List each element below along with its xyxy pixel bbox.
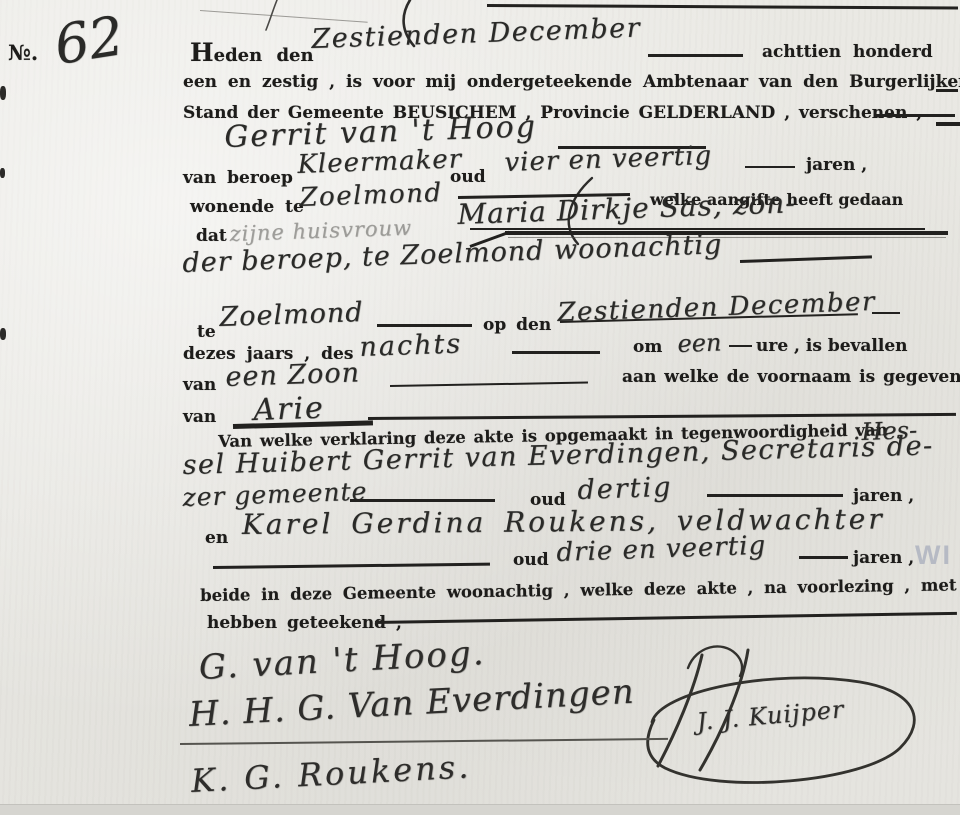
record-number-label: №. [8, 40, 38, 65]
blank-filler-rule-line17b [799, 556, 848, 559]
printed-te: te [197, 322, 216, 342]
blank-filler-rule-line5 [745, 166, 795, 168]
printed-jaren-1: jaren , [806, 155, 867, 175]
blank-filler-rule-line15b [707, 494, 843, 497]
printed-oud-3: oud [513, 550, 549, 570]
signature-witness2: K. G. Roukens. [190, 747, 472, 800]
blank-filler-rule-line17a [213, 563, 490, 569]
hw-declarant-occupation: Kleermaker [297, 144, 463, 180]
blank-filler-rule-line10a [512, 351, 600, 354]
margin-watermark: WI [915, 540, 952, 571]
printed-beide-line: beide in deze Gemeente woonachtig , welk… [200, 575, 960, 605]
hw-child-sex: een Zoon [225, 357, 361, 393]
printed-aan-welke: aan welke de voornaam is gegeven [622, 367, 960, 387]
signature-baseline-rule [180, 738, 668, 745]
printed-achttien-honderd: achttien honderd [762, 42, 933, 62]
hw-registration-date: Zestienden December [311, 13, 642, 55]
official-signature-hook [688, 646, 742, 676]
blank-filler-rule-line11 [390, 382, 588, 387]
hw-mother-name: Maria Dirkje Sas, zon- [457, 186, 796, 231]
scan-artifact-left-blob-2 [0, 168, 5, 178]
printed-van-2: van [183, 407, 216, 427]
hw-witness2-age: drie en veertig [556, 531, 767, 568]
hw-birth-daypart: nachts [359, 328, 463, 363]
printed-van-1: van [183, 375, 216, 395]
scan-artifact-top-line [487, 4, 958, 9]
printed-en: en [205, 528, 228, 548]
printed-dat: dat [196, 226, 227, 246]
official-signature-oval [648, 678, 915, 783]
scan-artifact-right-dash-2 [936, 122, 960, 126]
blank-filler-rule-line9 [377, 324, 472, 327]
blank-filler-rule-line3 [875, 114, 955, 117]
printed-wonende-te: wonende te [190, 197, 304, 217]
signature-official: J. J. Kuijper [696, 695, 846, 736]
hw-birth-date: Zestienden December [557, 287, 876, 328]
hw-witness1-age: dertig [577, 472, 673, 506]
printed-oud-1: oud [450, 167, 486, 187]
scanned-birth-record: №. 62 Heden den Zestienden December acht… [0, 0, 960, 815]
printed-heden-den: Heden den [190, 38, 314, 67]
hw-birth-hour: een [677, 328, 722, 358]
printed-hebben-geteekend: hebben geteekend , [207, 613, 402, 633]
blank-filler-rule-line1 [648, 54, 743, 57]
printed-ure-is-bevallen: ure , is bevallen [756, 336, 908, 356]
blank-filler-rule-line9b [872, 312, 900, 314]
scan-artifact-faint-diagonal [200, 10, 368, 23]
hw-witness2-line: Karel Gerdina Roukens, veldwachter [242, 502, 885, 541]
hw-declarant-residence: Zoelmond [299, 178, 443, 213]
scan-artifact-left-blob-1 [0, 86, 6, 100]
blank-filler-rule-line8 [740, 255, 872, 262]
blank-filler-rule-line10b [729, 345, 752, 347]
record-number-value: 62 [50, 4, 128, 77]
blank-filler-rule-line15a [350, 499, 495, 502]
blank-filler-rule-line19 [375, 612, 957, 624]
scan-edge-band [0, 804, 960, 815]
printed-jaren-3: jaren , [853, 548, 914, 568]
printed-van-beroep: van beroep [183, 168, 293, 188]
printed-op-den: op den [483, 315, 551, 335]
printed-om: om [633, 337, 662, 357]
signature-declarant: G. van 't Hoog. [198, 633, 486, 688]
scan-artifact-left-blob-3 [0, 328, 6, 340]
printed-line-ambtenaar: een en zestig , is voor mij ondergeteeke… [183, 72, 960, 92]
hw-birth-place: Zoelmond [219, 297, 364, 333]
hw-declarant-age: vier en veertig [504, 141, 713, 178]
